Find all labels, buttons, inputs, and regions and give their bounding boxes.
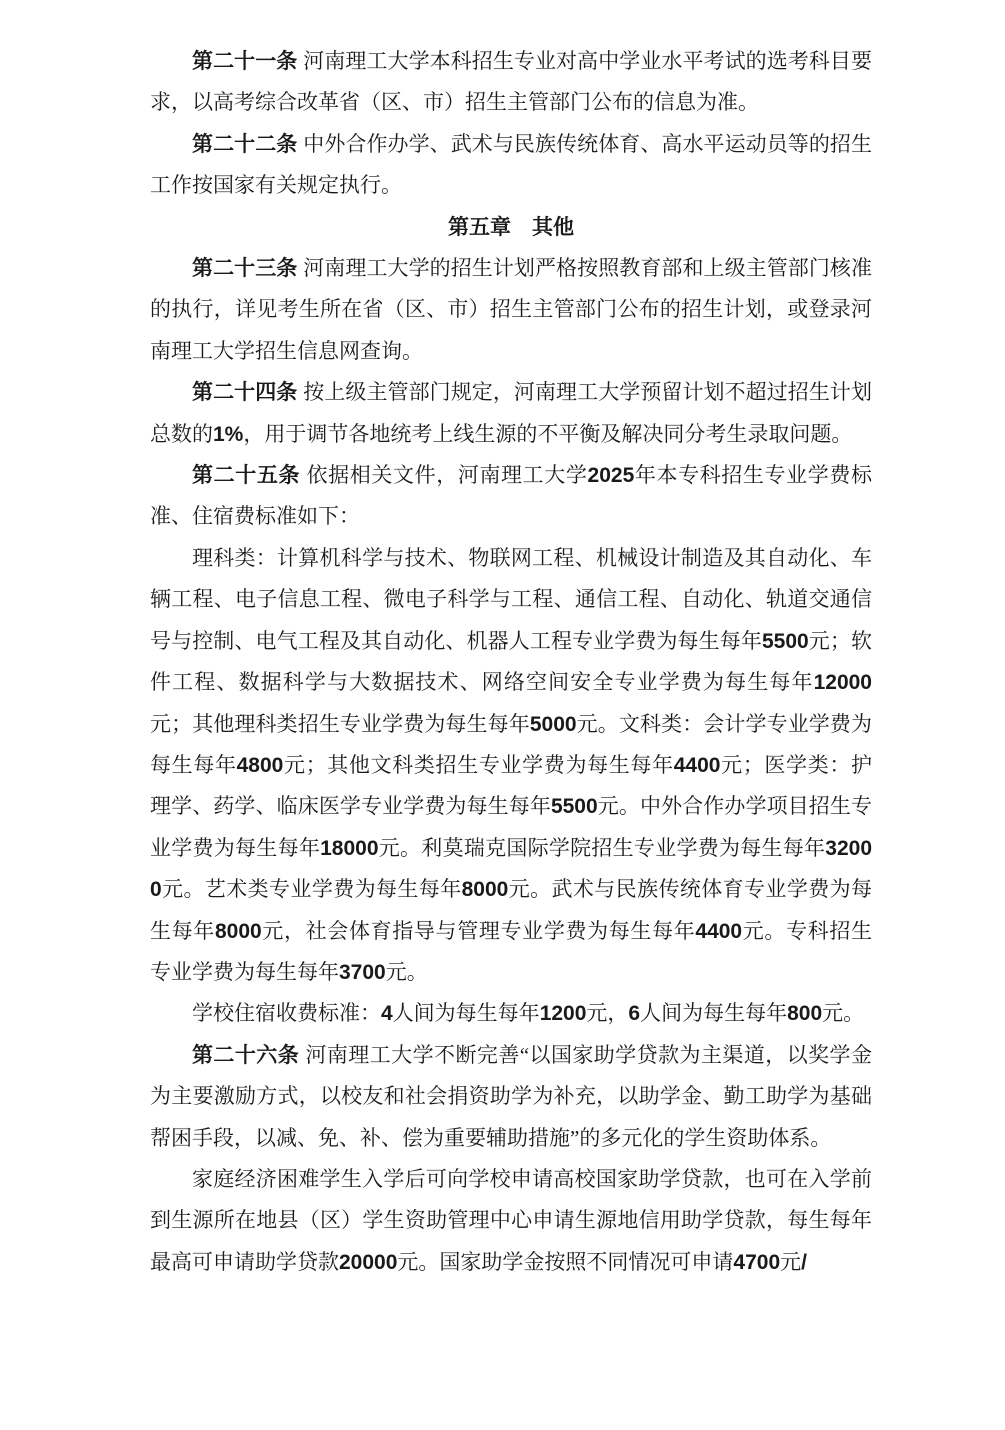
bold-text-segment: 第二十四条 <box>192 381 303 404</box>
bold-text-segment: 8000 <box>215 920 262 943</box>
document-paragraph: 家庭经济困难学生入学后可向学校申请高校国家助学贷款，也可在入学前到生源所在地县（… <box>150 1159 872 1283</box>
text-segment: 人间为每生每年 <box>393 1001 540 1025</box>
bold-text-segment: 5500 <box>551 795 598 818</box>
bold-text-segment: 18000 <box>320 837 378 860</box>
bold-text-segment: 4400 <box>695 920 742 943</box>
bold-text-segment: 4 <box>381 1002 393 1025</box>
document-paragraph: 第二十三条 河南理工大学的招生计划严格按照教育部和上级主管部门核准的执行，详见考… <box>150 248 872 372</box>
text-segment: 元。 <box>822 1001 864 1025</box>
document-paragraph: 理科类：计算机科学与技术、物联网工程、机械设计制造及其自动化、车辆工程、电子信息… <box>150 538 872 993</box>
bold-text-segment: 800 <box>787 1002 822 1025</box>
text-segment: ，用于调节各地统考上线生源的不平衡及解决同分考生录取问题。 <box>243 422 852 446</box>
text-segment: 人间为每生每年 <box>640 1001 787 1025</box>
text-segment: 元， <box>586 1001 628 1025</box>
bold-text-segment: 8000 <box>462 878 509 901</box>
text-segment: 元；其他理科类招生专业学费为每生每年 <box>150 712 530 736</box>
bold-text-segment: 第二十五条 <box>192 464 307 487</box>
document-paragraph: 第二十四条 按上级主管部门规定，河南理工大学预留计划不超过招生计划总数的1%，用… <box>150 372 872 455</box>
document-paragraph: 学校住宿收费标准：4人间为每生每年1200元，6人间为每生每年800元。 <box>150 993 872 1034</box>
bold-text-segment: 3700 <box>339 961 386 984</box>
text-segment: 元。国家助学金按照不同情况可申请 <box>397 1250 733 1274</box>
chapter-heading: 第五章 其他 <box>150 207 872 248</box>
bold-text-segment: 6 <box>628 1002 640 1025</box>
bold-text-segment: 1% <box>213 423 243 446</box>
text-segment: 元。利莫瑞克国际学院招生专业学费为每生每年 <box>379 836 826 860</box>
bold-text-segment: 4800 <box>237 754 284 777</box>
bold-text-segment: 5000 <box>530 713 577 736</box>
bold-text-segment: 第二十一条 <box>192 50 303 73</box>
bold-text-segment: 第二十六条 <box>192 1044 305 1067</box>
document-paragraph: 第二十六条 河南理工大学不断完善“以国家助学贷款为主渠道，以奖学金为主要激励方式… <box>150 1035 872 1159</box>
bold-text-segment: 4400 <box>674 754 721 777</box>
bold-text-segment: 第五章 其他 <box>448 216 574 239</box>
bold-text-segment: 1200 <box>540 1002 587 1025</box>
bold-text-segment: 第二十二条 <box>192 133 303 156</box>
text-segment: 元；其他文科类招生专业学费为每生每年 <box>283 753 673 777</box>
document-paragraph: 第二十二条 中外合作办学、武术与民族传统体育、高水平运动员等的招生工作按国家有关… <box>150 124 872 207</box>
bold-text-segment: 12000 <box>814 671 872 694</box>
text-segment: 学校住宿收费标准： <box>192 1001 381 1025</box>
text-segment: 元。艺术类专业学费为每生每年 <box>162 877 462 901</box>
bold-text-segment: 20000 <box>339 1251 397 1274</box>
document-paragraph: 第二十一条 河南理工大学本科招生专业对高中学业水平考试的选考科目要求，以高考综合… <box>150 41 872 124</box>
bold-text-segment: 5500 <box>762 630 809 653</box>
bold-text-segment: 4700 <box>733 1251 780 1274</box>
bold-text-segment: 2025 <box>588 464 635 487</box>
document-page: 第二十一条 河南理工大学本科招生专业对高中学业水平考试的选考科目要求，以高考综合… <box>0 0 1005 1430</box>
bold-text-segment: 第二十三条 <box>192 257 303 280</box>
text-segment: 元 <box>780 1250 801 1274</box>
text-segment: 依据相关文件，河南理工大学 <box>307 463 588 487</box>
text-segment: 元，社会体育指导与管理专业学费为每生每年 <box>262 919 696 943</box>
document-paragraph: 第二十五条 依据相关文件，河南理工大学2025年本专科招生专业学费标准、住宿费标… <box>150 455 872 538</box>
text-segment: 元。 <box>386 960 428 984</box>
bold-text-segment: / <box>801 1251 807 1274</box>
document-body: 第二十一条 河南理工大学本科招生专业对高中学业水平考试的选考科目要求，以高考综合… <box>150 41 872 1283</box>
